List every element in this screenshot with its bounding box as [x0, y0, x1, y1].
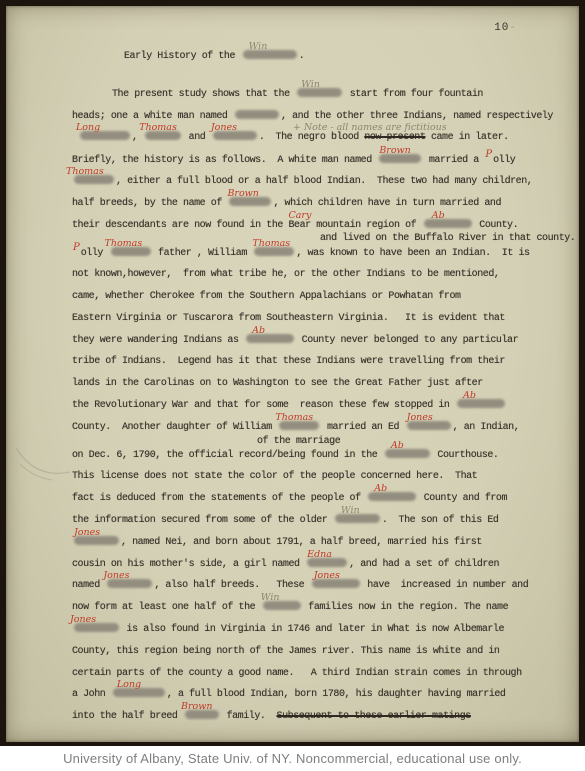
typed-text: the Revolutionary War and that for some …	[72, 400, 455, 411]
typed-text: olly	[81, 248, 109, 259]
typed-line: lands in the Carolinas on to Washington …	[72, 373, 573, 395]
document-page: 10- Early History of the Win.The present…	[6, 6, 579, 742]
redacted-name: Thomas	[72, 176, 116, 187]
typed-text: certain parts of the county a good name.…	[72, 668, 522, 679]
typed-text: County, this region being north of the J…	[72, 646, 499, 657]
redacted-name: Jones	[211, 132, 259, 143]
scan-background: 10- Early History of the Win.The present…	[0, 0, 585, 771]
redaction-blob	[307, 558, 347, 567]
typed-text: Subsequent to these earlier matings	[277, 711, 471, 722]
typed-text: ,	[132, 132, 143, 143]
redaction-blob	[335, 514, 380, 523]
typed-text: the information secured from some of the…	[72, 515, 333, 526]
typed-text: P	[484, 155, 493, 166]
redacted-name: Win	[295, 89, 344, 100]
typed-text: married a	[423, 155, 484, 166]
typed-text: came, whether Cherokee from the Southern…	[72, 291, 461, 302]
redacted-name: Jones	[72, 537, 121, 548]
redaction-blob	[368, 492, 416, 501]
typed-text: now form at least one half of the	[72, 602, 261, 613]
typed-text: olly	[493, 155, 515, 166]
typed-text: , named Nei, and born about 1791, a half…	[121, 537, 482, 548]
redaction-blob	[213, 131, 257, 140]
typed-text: families now in the region. The name	[303, 602, 508, 613]
typed-text: , and had a set of children	[349, 559, 499, 570]
typed-line: a John Long, a full blood Indian, born 1…	[72, 684, 573, 706]
redaction-blob	[111, 247, 151, 256]
typed-text: Early History of the	[124, 51, 241, 62]
redaction-blob	[229, 197, 271, 206]
typed-text: have increased in number and	[362, 580, 529, 591]
red-ink-insertion: P	[485, 149, 492, 160]
redaction-blob	[235, 110, 279, 119]
typed-text: heads; one a white man named	[72, 111, 233, 122]
typed-text: they were wandering Indians as	[72, 335, 244, 346]
struck-text: Subsequent to these earlier matings	[277, 711, 471, 722]
typed-text: County and from	[418, 493, 507, 504]
redacted-name: Long	[111, 689, 167, 700]
caption-text: University of Albany, State Univ. of NY.…	[63, 751, 522, 766]
typed-text: came in later.	[425, 132, 508, 143]
redacted-name: Jones	[310, 580, 362, 591]
typed-text: . The negro blood + Note - all names are…	[259, 132, 364, 143]
typed-line: Polly Thomas father , William Thomas, wa…	[72, 242, 573, 264]
typed-text: BearCary	[289, 220, 311, 231]
redacted-name: Ab	[422, 220, 474, 231]
redacted-name	[233, 111, 281, 122]
typed-text: , an Indian,	[453, 422, 520, 433]
typed-line: on Dec. 6, 1790, the official record/bei…	[72, 445, 573, 467]
typed-line: now form at least one half of the Win fa…	[72, 597, 573, 619]
typed-text: , also half breeds. These	[154, 580, 309, 591]
redaction-blob	[74, 536, 119, 545]
typed-text: and	[183, 132, 211, 143]
redacted-name: Thomas	[109, 248, 153, 259]
typed-text: , a full blood Indian, born 1780, his da…	[167, 689, 506, 700]
redaction-blob	[407, 421, 451, 430]
typed-text: County never belonged to any particular	[296, 335, 518, 346]
typed-text: half breeds, by the name of	[72, 198, 227, 209]
redacted-name: Win	[261, 602, 303, 613]
typed-text: , and the other three Indians, named res…	[281, 111, 553, 122]
typed-line: Early History of the Win.	[72, 46, 573, 68]
typed-text: P	[72, 248, 81, 259]
typed-line: not known,however, from what tribe he, o…	[72, 264, 573, 286]
typed-text: County. Another daughter of William	[72, 422, 277, 433]
redacted-name: Brown	[183, 711, 221, 722]
typed-text: into the half breed	[72, 711, 183, 722]
typed-text: Courthouse.	[432, 450, 499, 461]
typed-line: The present study shows that the Win sta…	[72, 84, 573, 106]
typed-text: start from four fountain	[344, 89, 483, 100]
redacted-name: Brown	[377, 155, 423, 166]
typed-text: .	[299, 51, 305, 62]
redaction-blob	[243, 50, 297, 59]
typed-line: named Jones, also half breeds. These Jon…	[72, 575, 573, 597]
typed-text: tribe of Indians. Legend has it that the…	[72, 356, 505, 367]
redacted-name: Ab	[455, 400, 507, 411]
typed-line: fact is deduced from the statements of t…	[72, 488, 573, 510]
typed-text: The present study shows that the	[112, 89, 295, 100]
typed-text: mountain region of	[311, 220, 422, 231]
typed-text: married an Ed	[321, 422, 404, 433]
redaction-blob	[312, 579, 360, 588]
typed-text: is also found in Virginia in 1746 and la…	[121, 624, 504, 635]
typed-line: tribe of Indians. Legend has it that the…	[72, 351, 573, 373]
struck-text: now present	[364, 132, 425, 143]
redaction-blob	[263, 601, 301, 610]
typed-line: Jones, named Nei, and born about 1791, a…	[72, 532, 573, 554]
redaction-blob	[379, 154, 421, 163]
redacted-name: Thomas	[252, 248, 296, 259]
typed-line: This license does not state the color of…	[72, 466, 573, 488]
redacted-name: Ab	[244, 335, 296, 346]
typed-line: half breeds, by the name of Brown, which…	[72, 193, 573, 215]
typed-text: , was known to have been an Indian. It i…	[296, 248, 529, 259]
typed-line: the information secured from some of the…	[72, 510, 573, 532]
redaction-blob	[246, 334, 294, 343]
typed-line: Thomas, either a full blood or a half bl…	[72, 171, 573, 193]
typed-text: lands in the Carolinas on to Washington …	[72, 378, 483, 389]
typed-lines: Early History of the Win.The present stu…	[6, 6, 579, 728]
redaction-blob	[80, 131, 130, 140]
typed-text: Eastern Virginia or Tuscarora from South…	[72, 313, 505, 324]
typed-line: Eastern Virginia or Tuscarora from South…	[72, 308, 573, 330]
typed-line: Long, Thomas and Jones. The negro blood …	[72, 127, 573, 149]
redaction-blob	[185, 710, 219, 719]
redacted-name: Jones	[105, 580, 154, 591]
redacted-name: Ab	[366, 493, 418, 504]
typed-text: fact is deduced from the statements of t…	[72, 493, 366, 504]
redacted-name: Thomas	[277, 422, 321, 433]
redacted-name: Edna	[305, 559, 349, 570]
typed-line: they were wandering Indians as Ab County…	[72, 330, 573, 352]
typed-text: cousin on his mother's side, a girl name…	[72, 559, 305, 570]
typed-line: cousin on his mother's side, a girl name…	[72, 554, 573, 576]
image-caption: University of Albany, State Univ. of NY.…	[0, 746, 585, 771]
redacted-name: Brown	[227, 198, 273, 209]
typed-text: a John	[72, 689, 111, 700]
red-ink-insertion: P	[73, 242, 80, 253]
typed-text: County.	[474, 220, 518, 231]
typed-line: came, whether Cherokee from the Southern…	[72, 286, 573, 308]
redacted-name: Thomas	[143, 132, 183, 143]
typed-text: not known,however, from what tribe he, o…	[72, 269, 499, 280]
typed-line: County, this region being north of the J…	[72, 641, 573, 663]
redaction-blob	[113, 688, 165, 697]
typed-text: , either a full blood or a half blood In…	[116, 176, 532, 187]
typed-text: father , William	[153, 248, 253, 259]
redaction-blob	[457, 399, 505, 408]
typed-text: Briefly, the history is as follows. A wh…	[72, 155, 377, 166]
redacted-name: Win	[241, 51, 299, 62]
typed-line: Jones is also found in Virginia in 1746 …	[72, 619, 573, 641]
redacted-name: Ab	[383, 450, 432, 461]
typed-text: on Dec. 6, 1790, the official record/bei…	[72, 450, 383, 461]
redaction-blob	[74, 623, 119, 632]
typed-text: , which children have in turn married an…	[273, 198, 501, 209]
typed-text: This license does not state the color of…	[72, 471, 477, 482]
pencil-scribble-icon	[12, 434, 84, 494]
redacted-name: Long	[78, 132, 132, 143]
typed-text: now present	[364, 132, 425, 143]
redaction-blob	[424, 219, 472, 228]
redaction-blob	[385, 449, 430, 458]
redaction-blob	[254, 247, 294, 256]
typed-line: heads; one a white man named , and the o…	[72, 106, 573, 128]
typed-text: their descendants are now found in the	[72, 220, 289, 231]
redaction-blob	[297, 88, 342, 97]
typed-line: certain parts of the county a good name.…	[72, 663, 573, 685]
typed-text: named	[72, 580, 105, 591]
typed-line: into the half breed Brown family. Subseq…	[72, 706, 573, 728]
typed-text: . The son of this Ed	[382, 515, 499, 526]
redaction-blob	[279, 421, 319, 430]
redaction-blob	[145, 131, 181, 140]
typed-line: the Revolutionary War and that for some …	[72, 395, 573, 417]
redacted-name: Jones	[72, 624, 121, 635]
redacted-name: Win	[333, 515, 382, 526]
redaction-blob	[107, 579, 152, 588]
typed-line: Briefly, the history is as follows. A wh…	[72, 149, 573, 171]
redaction-blob	[74, 175, 114, 184]
typed-text: family.	[221, 711, 277, 722]
redacted-name: Jones	[405, 422, 453, 433]
